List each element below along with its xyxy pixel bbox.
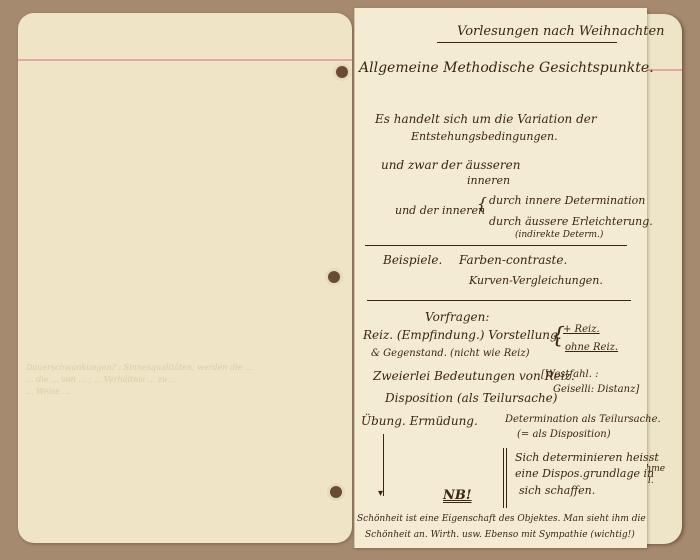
right-notebook-page: Vorlesungen nach Weihnachten Allgemeine … <box>354 8 647 548</box>
text-line: Schönheit ist eine Eigenschaft des Objek… <box>357 514 646 524</box>
divider <box>367 300 631 301</box>
text-line: durch äussere Erleichterung. <box>489 215 653 228</box>
down-arrow-icon <box>383 434 384 496</box>
curly-brace: { <box>477 194 487 213</box>
punch-hole <box>328 271 340 283</box>
text-line: Übung. Ermüdung. <box>361 414 478 428</box>
text-line: (= als Disposition) <box>517 429 611 440</box>
text-line: Determination als Teilursache. <box>505 414 661 425</box>
punch-hole <box>336 66 348 78</box>
text-line: durch innere Determination <box>489 194 645 207</box>
punch-hole <box>330 486 342 498</box>
page-title: Vorlesungen nach Weihnachten <box>457 24 665 39</box>
nb-mark: NB! <box>443 488 472 503</box>
text-line: ohne Reiz. <box>565 342 618 353</box>
text-line: und zwar der äusseren <box>381 158 520 172</box>
title-underline <box>437 42 617 43</box>
text-line: Reiz. (Empfindung.) Vorstellung. <box>363 328 562 342</box>
text-line: & Gegenstand. (nicht wie Reiz) <box>371 348 530 359</box>
text-line: Geiselli: Distanz] <box>553 384 639 395</box>
text-line: sich schaffen. <box>519 484 595 497</box>
text-line: Sich determinieren heisst <box>515 451 659 464</box>
examples-label: Beispiele. <box>383 253 442 267</box>
text-line: eine Dispos.grundlage in <box>515 467 654 480</box>
text-line: inneren <box>467 174 510 187</box>
text-line: Disposition (als Teilursache) <box>385 391 557 405</box>
example-item: Kurven-Vergleichungen. <box>469 274 603 287</box>
text-line: (indirekte Determ.) <box>515 230 603 240</box>
text-line: und der inneren <box>395 204 485 217</box>
questions-label: Vorfragen: <box>425 310 489 324</box>
bleed-through-text: ... Weise ... <box>26 387 70 396</box>
section-heading: Allgemeine Methodische Gesichtspunkte. <box>359 60 654 76</box>
divider <box>365 245 627 246</box>
text-line: + Reiz. <box>563 324 600 335</box>
red-margin-line <box>18 59 352 61</box>
double-vertical-line <box>506 448 507 508</box>
text-line: Es handelt sich um die Variation der <box>375 112 597 126</box>
bleed-through-text: ... die ... von ... ; ... Verhältnis ...… <box>26 375 177 384</box>
example-item: Farben-contraste. <box>459 253 567 267</box>
double-vertical-line <box>503 448 504 508</box>
text-line: Entstehungsbedingungen. <box>411 130 558 143</box>
text-line: Schönheit an. Wirth. usw. Ebenso mit Sym… <box>365 530 635 540</box>
text-line: [Westfahl. : <box>541 369 598 380</box>
bleed-through-text: Dauerschwankungen? : Sinnesqualitäten, w… <box>26 363 253 372</box>
arrowhead-icon: ▾ <box>378 488 383 499</box>
left-notebook-page: Dauerschwankungen? : Sinnesqualitäten, w… <box>18 13 352 543</box>
